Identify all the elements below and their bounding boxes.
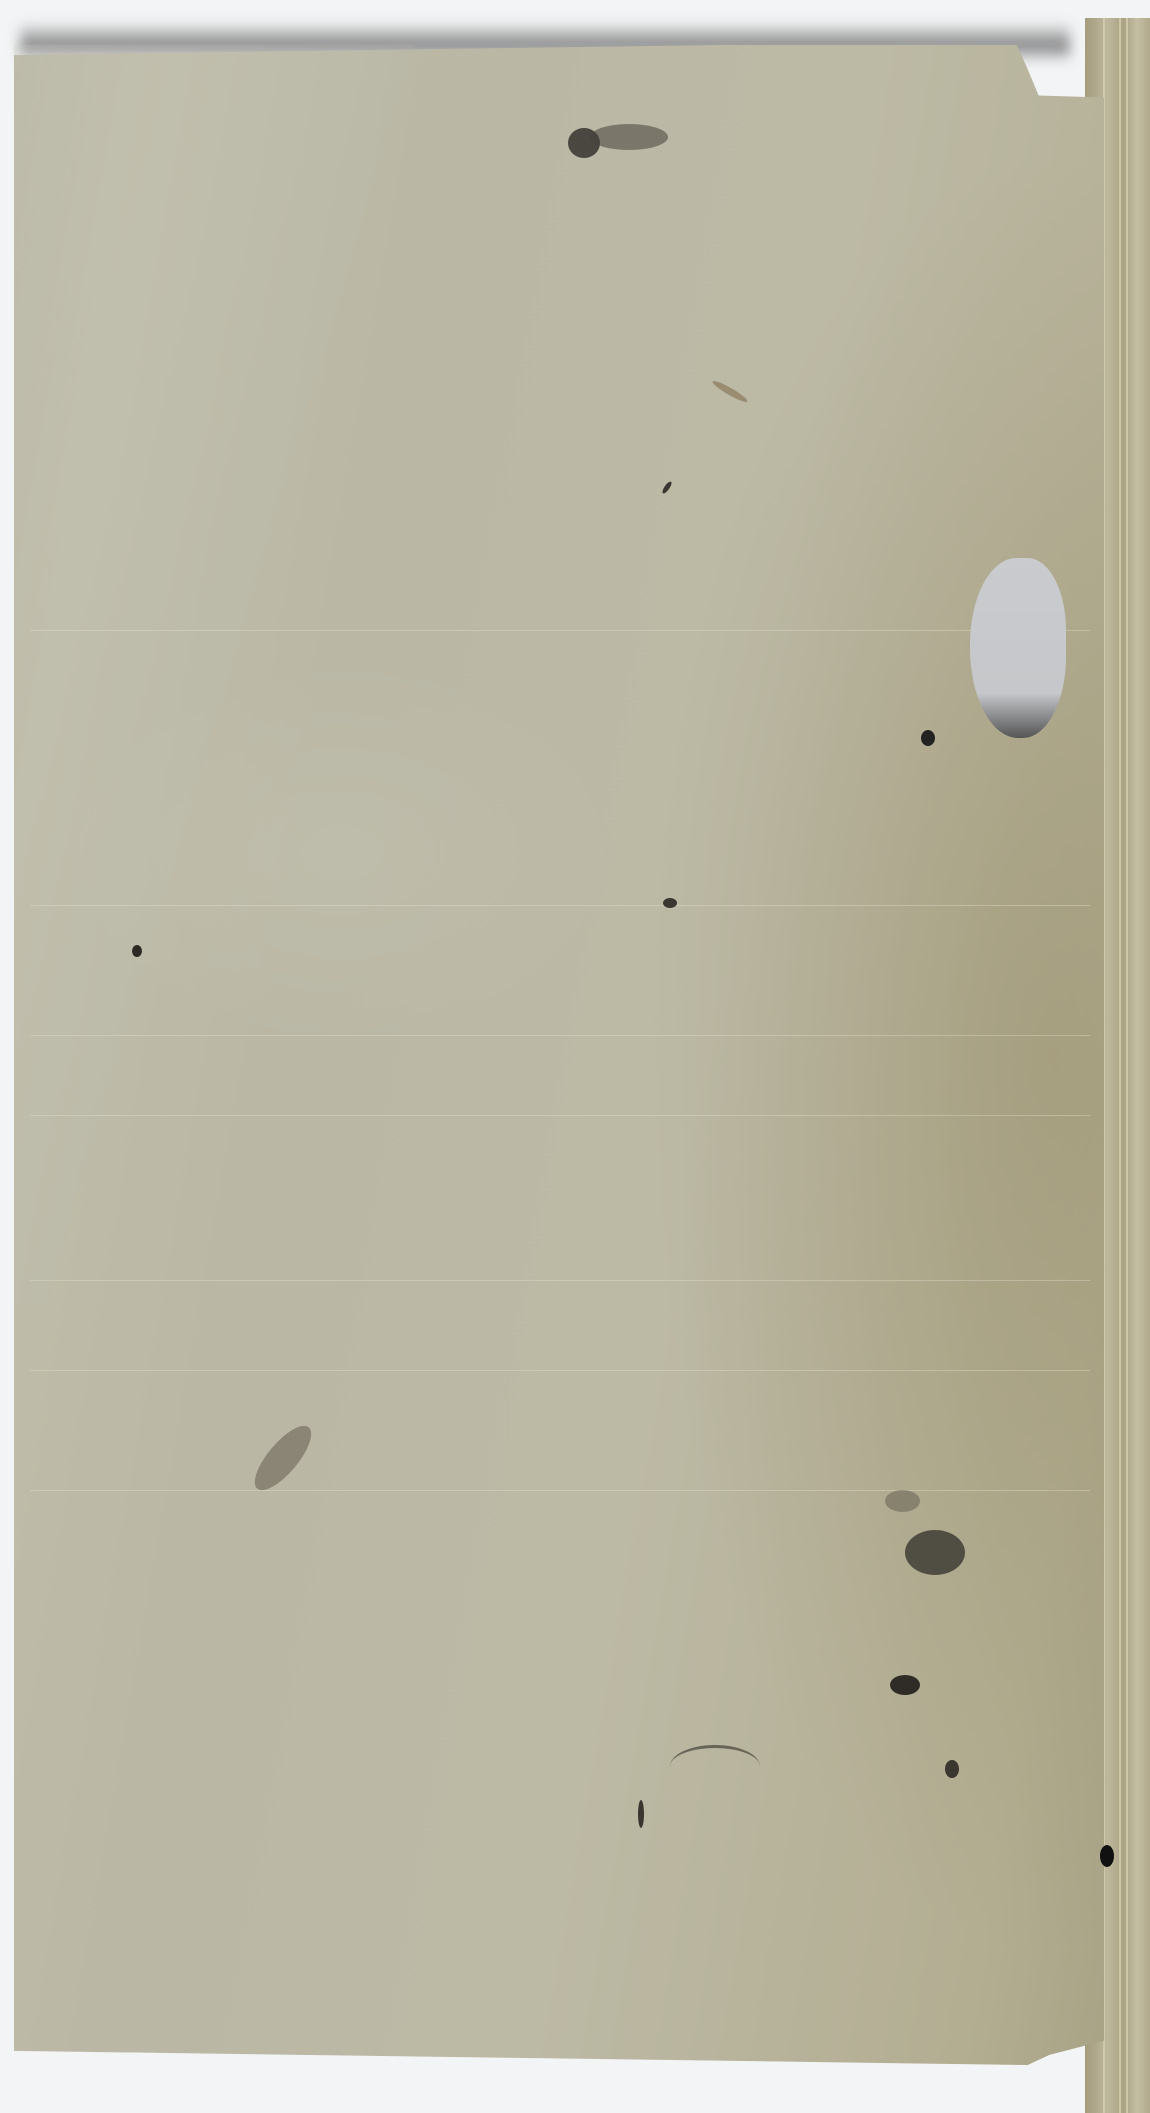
edge-hole: [1100, 1845, 1114, 1867]
ink-arc: [670, 1745, 760, 1788]
ink-triangle: [890, 1675, 920, 1695]
faint-rule: [30, 1490, 1090, 1491]
faint-rule: [30, 1280, 1090, 1281]
ink-smear: [590, 124, 668, 150]
ink-mark: [945, 1760, 959, 1778]
spine-thread: [1119, 18, 1121, 2113]
fingerprint-faint: [885, 1490, 920, 1512]
ink-fleck: [132, 945, 142, 957]
faint-rule: [30, 1370, 1090, 1371]
ink-fleck: [638, 1800, 644, 1828]
tear-hole: [970, 558, 1066, 738]
ink-dot: [921, 730, 935, 746]
faint-rule: [30, 630, 1090, 631]
faint-rule: [30, 1035, 1090, 1036]
spine-thread: [1126, 18, 1128, 2113]
ink-fleck: [663, 898, 677, 908]
faint-rule: [30, 905, 1090, 906]
faint-rule: [30, 1115, 1090, 1116]
fingerprint: [905, 1530, 965, 1575]
